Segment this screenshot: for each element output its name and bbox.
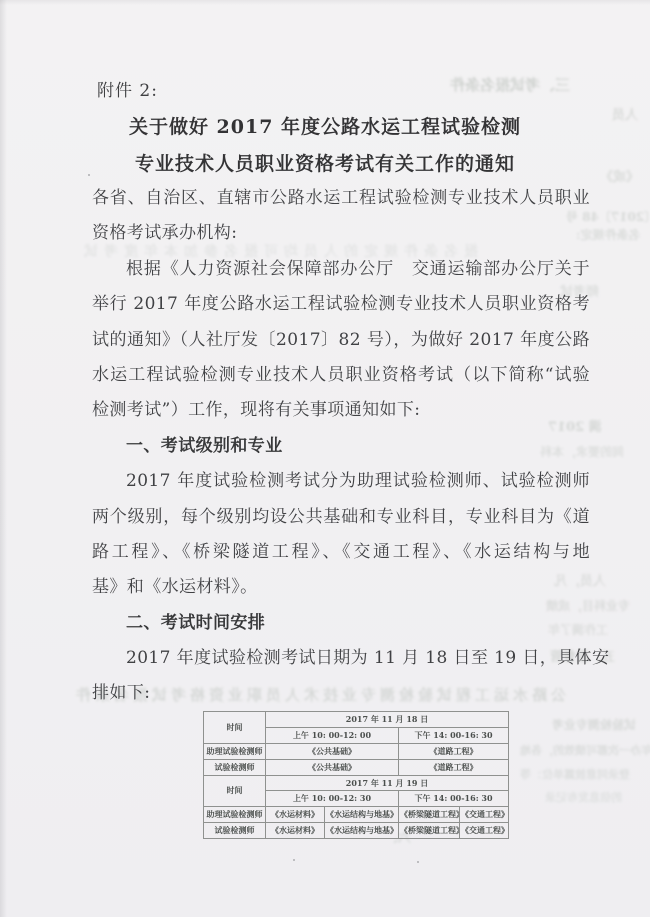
ghost-bleedthrough-text: 三、考试报名条件 (450, 74, 570, 95)
subject-cell: 《水运材料》 (266, 807, 325, 823)
subject-cell: 《道路工程》 (399, 759, 509, 775)
ghost-bleedthrough-text: 试验检测专业考 (552, 716, 636, 733)
day2-morning-cell: 上午 10: 00-12: 30 (266, 791, 399, 807)
subject-cell: 《交通工程》 (460, 823, 509, 839)
subject-cell: 《水运结构与地基》 (325, 823, 399, 839)
document-body: 各省、自治区、直辖市公路水运工程试验检测专业技术人员职业 资格考试承办机构: 根… (92, 181, 590, 712)
exam-schedule-table: 时间 2017 年 11 月 18 日 上午 10: 00-12: 00 下午 … (203, 711, 509, 839)
paragraph-line: 两个级别，每个级别均设公共基础和专业科目，专业科目为《道 (92, 500, 590, 535)
paragraph-line: 检测考试”）工作，现将有关事项通知如下: (92, 393, 590, 428)
ghost-bleedthrough-text: 登录同意披露单位：等 (520, 766, 630, 782)
title-line-1: 关于做好 2017 年度公路水运工程试验检测 (0, 109, 650, 146)
paragraph-line: 2017 年度试验检测考试日期为 11 月 18 日至 19 日，具体安 (92, 641, 590, 676)
document-title: 关于做好 2017 年度公路水运工程试验检测 专业技术人员职业资格考试有关工作的… (0, 109, 650, 183)
ghost-bleedthrough-text: 年办一次都可绩效的，各地 (520, 742, 650, 758)
time-label-cell: 时间 (204, 712, 266, 744)
table-row: 助理试验检测师 《水运材料》 《水运结构与地基》 《桥梁隧道工程》 《交通工程》 (204, 807, 509, 823)
section-1-heading: 一、考试级别和专业 (92, 429, 590, 464)
subject-cell: 《公共基础》 (266, 759, 399, 775)
paragraph-line: 根据《人力资源社会保障部办公厅 交通运输部办公厅关于 (92, 252, 590, 287)
table-row: 时间 2017 年 11 月 18 日 (204, 712, 509, 728)
subject-cell: 《水运结构与地基》 (325, 807, 399, 823)
paragraph-line: 排如下: (92, 676, 590, 711)
scan-top-edge-shadow (0, 0, 650, 5)
ghost-bleedthrough-text: 的信息发布记录 (545, 789, 622, 805)
subject-cell: 《桥梁隧道工程》 (399, 807, 460, 823)
section-2-heading: 二、考试时间安排 (92, 606, 590, 641)
subject-cell: 《水运材料》 (266, 823, 325, 839)
level-label-cell: 试验检测师 (204, 759, 266, 775)
level-label-cell: 助理试验检测师 (204, 807, 266, 823)
time-label-cell: 时间 (204, 775, 266, 807)
paragraph-line: 基》和《水运材料》。 (92, 570, 590, 605)
paragraph-line: 2017 年度试验检测考试分为助理试验检测师、试验检测师 (92, 464, 590, 499)
scan-speck (88, 174, 90, 176)
subject-cell: 《交通工程》 (460, 807, 509, 823)
table-row: 助理试验检测师 《公共基础》 《道路工程》 (204, 743, 509, 759)
paragraph-line: 水运工程试验检测专业技术人员职业资格考试（以下简称“试验 (92, 358, 590, 393)
subject-cell: 《道路工程》 (399, 743, 509, 759)
subject-cell: 《桥梁隧道工程》 (399, 823, 460, 839)
attachment-label: 附件 2: (97, 76, 158, 101)
table-row: 时间 2017 年 11 月 19 日 (204, 775, 509, 791)
paragraph-line: 试的通知》（人社厅发〔2017〕82 号），为做好 2017 年度公路 (92, 323, 590, 358)
table-row: 试验检测师 《公共基础》 《道路工程》 (204, 759, 509, 775)
title-line-2: 专业技术人员职业资格考试有关工作的通知 (0, 146, 650, 183)
scan-speck (417, 861, 419, 863)
salutation-line: 各省、自治区、直辖市公路水运工程试验检测专业技术人员职业 (92, 181, 590, 216)
level-label-cell: 试验检测师 (204, 823, 266, 839)
day2-date-cell: 2017 年 11 月 19 日 (266, 775, 509, 791)
scan-speck (293, 859, 295, 861)
day1-morning-cell: 上午 10: 00-12: 00 (266, 727, 399, 743)
scanned-document-page: 三、考试报名条件 人员 《或》 〔2017〕48 号 名条件规定: 报名条件规定… (0, 0, 650, 917)
day1-afternoon-cell: 下午 14: 00-16: 30 (399, 727, 509, 743)
level-label-cell: 助理试验检测师 (204, 743, 266, 759)
salutation-line: 资格考试承办机构: (92, 216, 590, 251)
paragraph-line: 举行 2017 年度公路水运工程试验检测专业技术人员职业资格考 (92, 287, 590, 322)
day2-afternoon-cell: 下午 14: 00-16: 30 (399, 791, 509, 807)
day1-date-cell: 2017 年 11 月 18 日 (266, 712, 509, 728)
paragraph-line: 路工程》、《桥梁隧道工程》、《交通工程》、《水运结构与地 (92, 535, 590, 570)
subject-cell: 《公共基础》 (266, 743, 399, 759)
table-row: 试验检测师 《水运材料》 《水运结构与地基》 《桥梁隧道工程》 《交通工程》 (204, 823, 509, 839)
